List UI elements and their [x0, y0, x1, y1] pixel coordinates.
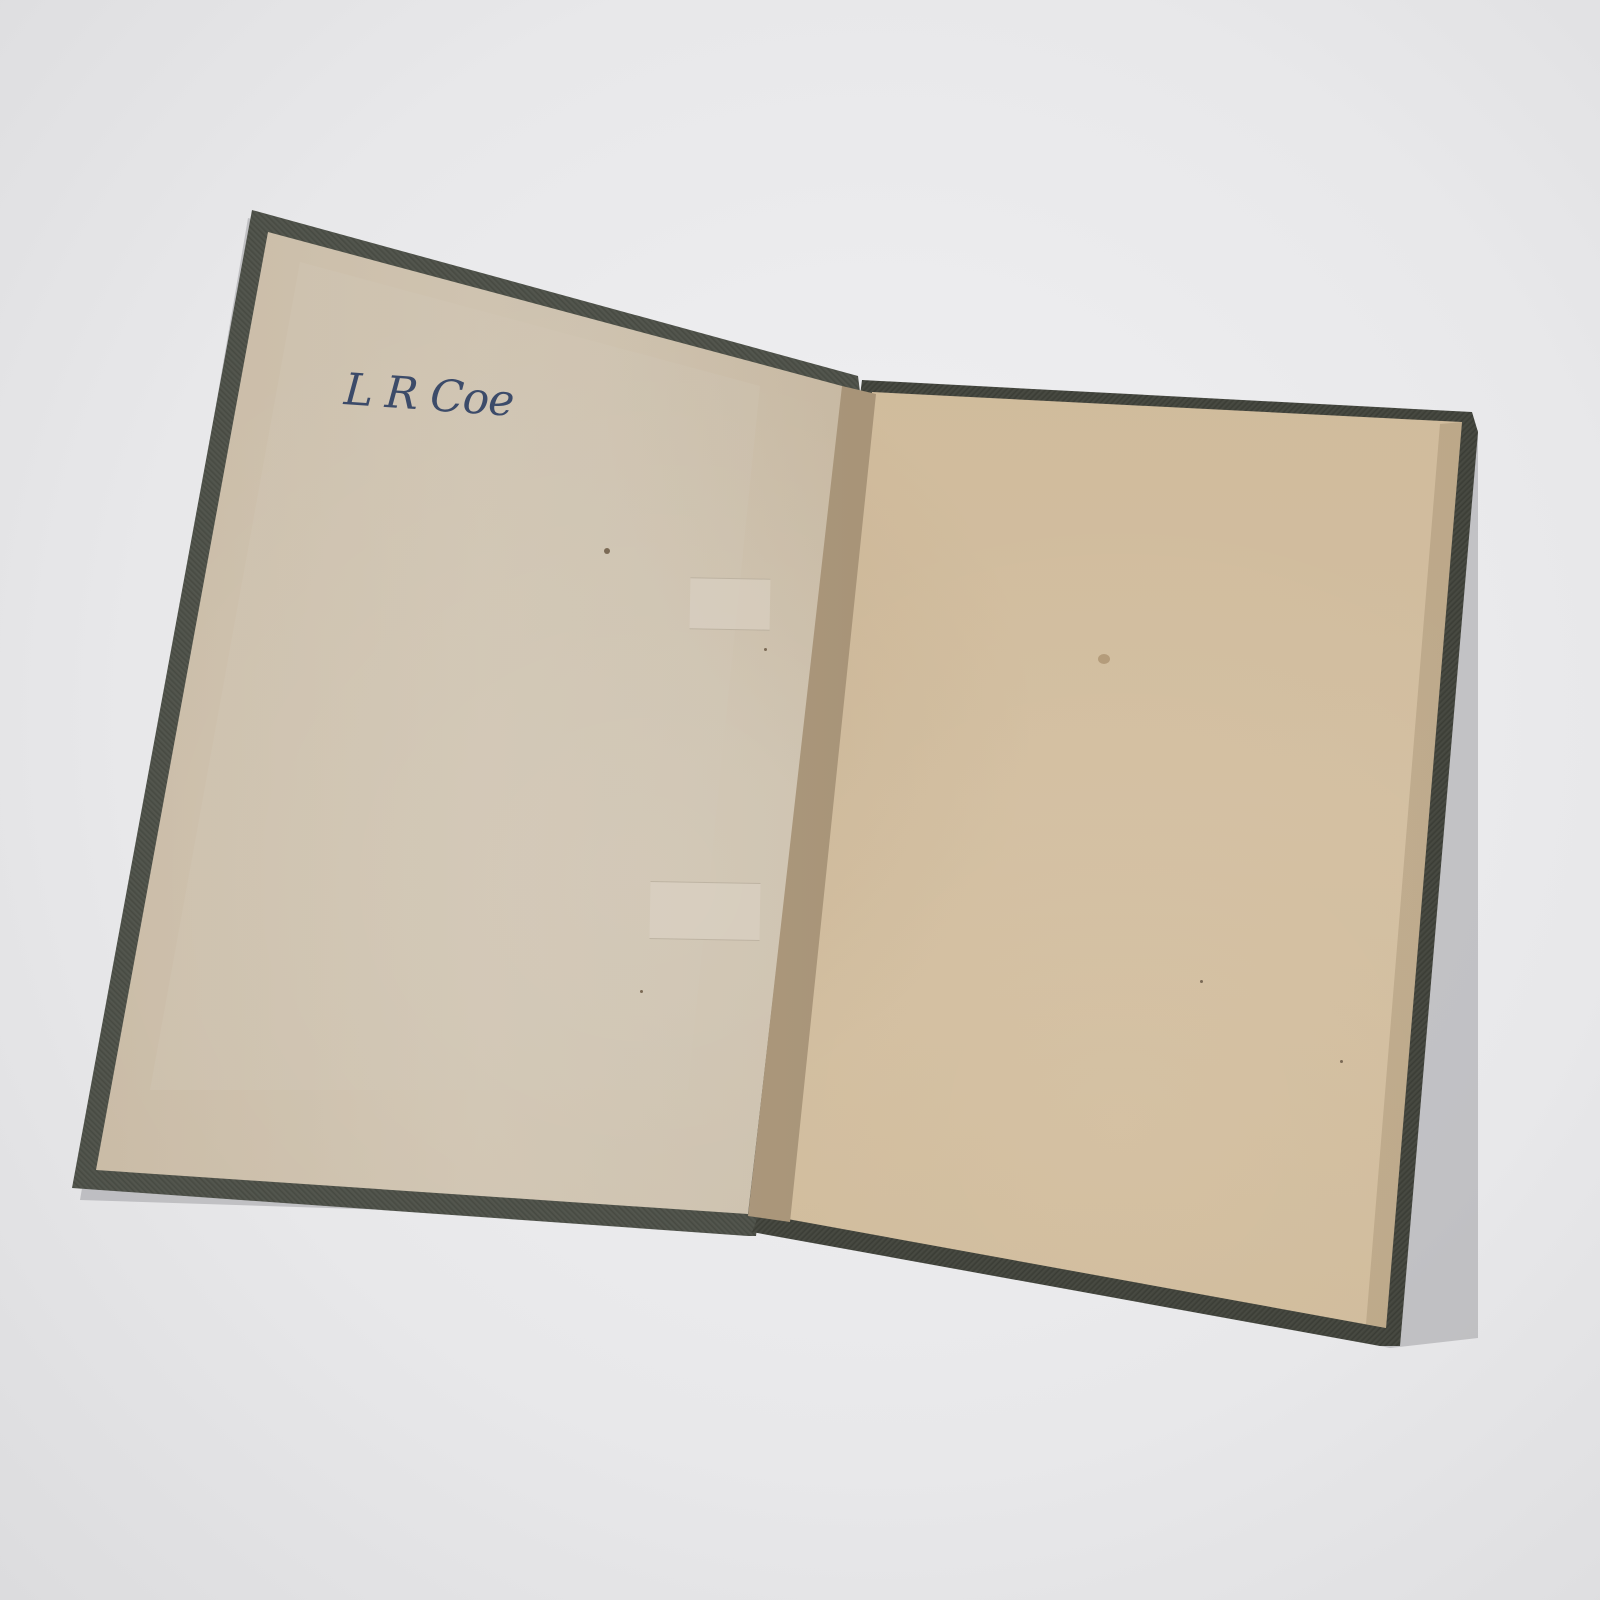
foxing-spot: [1098, 654, 1110, 664]
foxing-spot: [1340, 1060, 1343, 1063]
foxing-spot: [640, 990, 643, 993]
foxing-spot: [1200, 980, 1203, 983]
photo-background: L R Coe: [0, 0, 1600, 1600]
endpaper-tab-top: [690, 577, 771, 630]
endpaper-tab-bottom: [650, 881, 761, 941]
foxing-spot: [764, 648, 767, 651]
foxing-spot: [604, 548, 610, 554]
